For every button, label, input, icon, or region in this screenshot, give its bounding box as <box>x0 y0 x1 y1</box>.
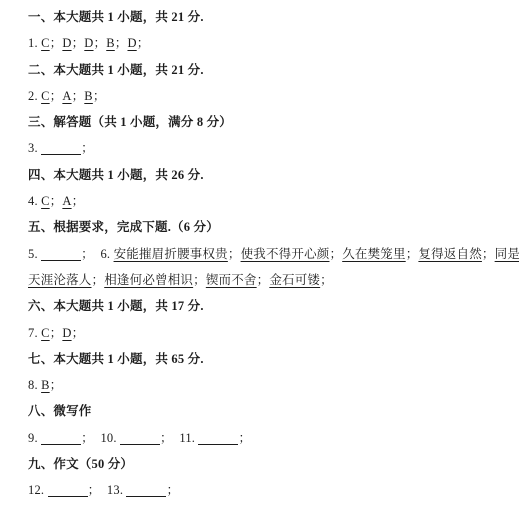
section-heading: 一、本大题共 1 小题，共 21 分. <box>28 4 519 30</box>
underlined-answer-text: 安能摧眉折腰事权贵 <box>114 247 228 261</box>
text-run: ； 10. <box>81 431 120 445</box>
answer-blank <box>41 431 81 445</box>
document: 一、本大题共 1 小题，共 21 分.1. C；D；D；B；D；二、本大题共 1… <box>0 0 519 504</box>
text-run: ； <box>92 273 105 287</box>
text-run: ； <box>94 36 107 50</box>
answer-blank <box>41 141 81 155</box>
section-heading: 七、本大题共 1 小题，共 65 分. <box>28 346 519 372</box>
text-run: ； <box>257 273 270 287</box>
text-run: ； <box>50 378 63 392</box>
text-run: 二、本大题共 1 小题，共 21 分. <box>28 63 204 77</box>
text-run: 2. <box>28 89 41 103</box>
text-run: 1. <box>28 36 41 50</box>
text-run: ； <box>50 326 63 340</box>
underlined-answer-text: D <box>62 326 71 340</box>
text-run: ； <box>50 36 63 50</box>
text-run: ； <box>72 194 85 208</box>
text-run: 一、本大题共 1 小题，共 21 分. <box>28 10 204 24</box>
answer-blank <box>126 483 166 497</box>
underlined-answer-text: 金石可镂 <box>269 273 320 287</box>
text-run: 5. <box>28 247 41 261</box>
section-heading: 五、根据要求，完成下题.（6 分） <box>28 214 519 240</box>
text-run: ； <box>72 36 85 50</box>
text-run: ； <box>137 36 150 50</box>
underlined-answer-text: A <box>62 194 71 208</box>
text-run: ； 11. <box>160 431 198 445</box>
text-run: 8. <box>28 378 41 392</box>
section-heading: 六、本大题共 1 小题，共 17 分. <box>28 293 519 319</box>
section-heading: 四、本大题共 1 小题，共 26 分. <box>28 162 519 188</box>
answer-blank <box>48 483 88 497</box>
answer-line: 1. C；D；D；B；D； <box>28 30 519 56</box>
underlined-answer-text: C <box>41 89 50 103</box>
answer-line: 天涯沦落人；相逢何必曾相识；锲而不舍；金石可镂； <box>28 267 519 293</box>
text-run: 五、根据要求，完成下题.（6 分） <box>28 220 219 234</box>
section-heading: 三、解答题（共 1 小题，满分 8 分） <box>28 109 519 135</box>
answer-line: 5. ； 6. 安能摧眉折腰事权贵；使我不得开心颜；久在樊笼里；复得返自然；同是 <box>28 241 519 267</box>
underlined-answer-text: C <box>41 36 50 50</box>
answer-line: 12. ； 13. ； <box>28 477 519 503</box>
answer-line: 2. C；A；B； <box>28 83 519 109</box>
text-run: ； <box>238 431 251 445</box>
underlined-answer-text: 久在樊笼里 <box>342 247 406 261</box>
text-run: ； <box>228 247 241 261</box>
underlined-answer-text: 相逢何必曾相识 <box>104 273 193 287</box>
text-run: ； <box>50 89 63 103</box>
answer-blank <box>120 431 160 445</box>
underlined-answer-text: D <box>127 36 136 50</box>
answer-line: 3. ； <box>28 135 519 161</box>
text-run: 4. <box>28 194 41 208</box>
text-run: 八、微写作 <box>28 404 92 418</box>
text-run: 四、本大题共 1 小题，共 26 分. <box>28 168 204 182</box>
underlined-answer-text: 同是 <box>495 247 519 261</box>
underlined-answer-text: 锲而不舍 <box>206 273 257 287</box>
text-run: ； <box>72 326 85 340</box>
answer-line: 4. C；A； <box>28 188 519 214</box>
section-heading: 二、本大题共 1 小题，共 21 分. <box>28 57 519 83</box>
underlined-answer-text: 复得返自然 <box>418 247 482 261</box>
answer-line: 7. C；D； <box>28 320 519 346</box>
text-run: 六、本大题共 1 小题，共 17 分. <box>28 299 204 313</box>
underlined-answer-text: B <box>106 36 115 50</box>
text-run: ； <box>166 483 179 497</box>
underlined-answer-text: 使我不得开心颜 <box>241 247 330 261</box>
text-run: ； <box>50 194 63 208</box>
text-run: ； <box>329 247 342 261</box>
text-run: 九、作文（50 分） <box>28 457 133 471</box>
text-run: ； <box>406 247 419 261</box>
text-run: 12. <box>28 483 48 497</box>
text-run: ； <box>72 89 85 103</box>
underlined-answer-text: D <box>62 36 71 50</box>
underlined-answer-text: D <box>84 36 93 50</box>
text-run: 9. <box>28 431 41 445</box>
page: { "page": { "background": "#ffffff", "te… <box>0 0 519 532</box>
text-run: ； 13. <box>88 483 127 497</box>
text-run: ； <box>482 247 495 261</box>
text-run: 3. <box>28 141 41 155</box>
text-run: ； <box>320 273 333 287</box>
text-run: 七、本大题共 1 小题，共 65 分. <box>28 352 204 366</box>
underlined-answer-text: 天涯沦落人 <box>28 273 92 287</box>
answer-line: 8. B； <box>28 372 519 398</box>
text-run: ； 6. <box>81 247 113 261</box>
underlined-answer-text: B <box>84 89 93 103</box>
underlined-answer-text: C <box>41 326 50 340</box>
underlined-answer-text: A <box>62 89 71 103</box>
underlined-answer-text: B <box>41 378 50 392</box>
answer-blank <box>41 247 81 261</box>
section-heading: 八、微写作 <box>28 398 519 424</box>
answer-blank <box>198 431 238 445</box>
text-run: 三、解答题（共 1 小题，满分 8 分） <box>28 115 232 129</box>
section-heading: 九、作文（50 分） <box>28 451 519 477</box>
text-run: ； <box>93 89 106 103</box>
answer-line: 9. ； 10. ； 11. ； <box>28 425 519 451</box>
underlined-answer-text: C <box>41 194 50 208</box>
text-run: 7. <box>28 326 41 340</box>
text-run: ； <box>81 141 94 155</box>
text-run: ； <box>115 36 128 50</box>
text-run: ； <box>193 273 206 287</box>
